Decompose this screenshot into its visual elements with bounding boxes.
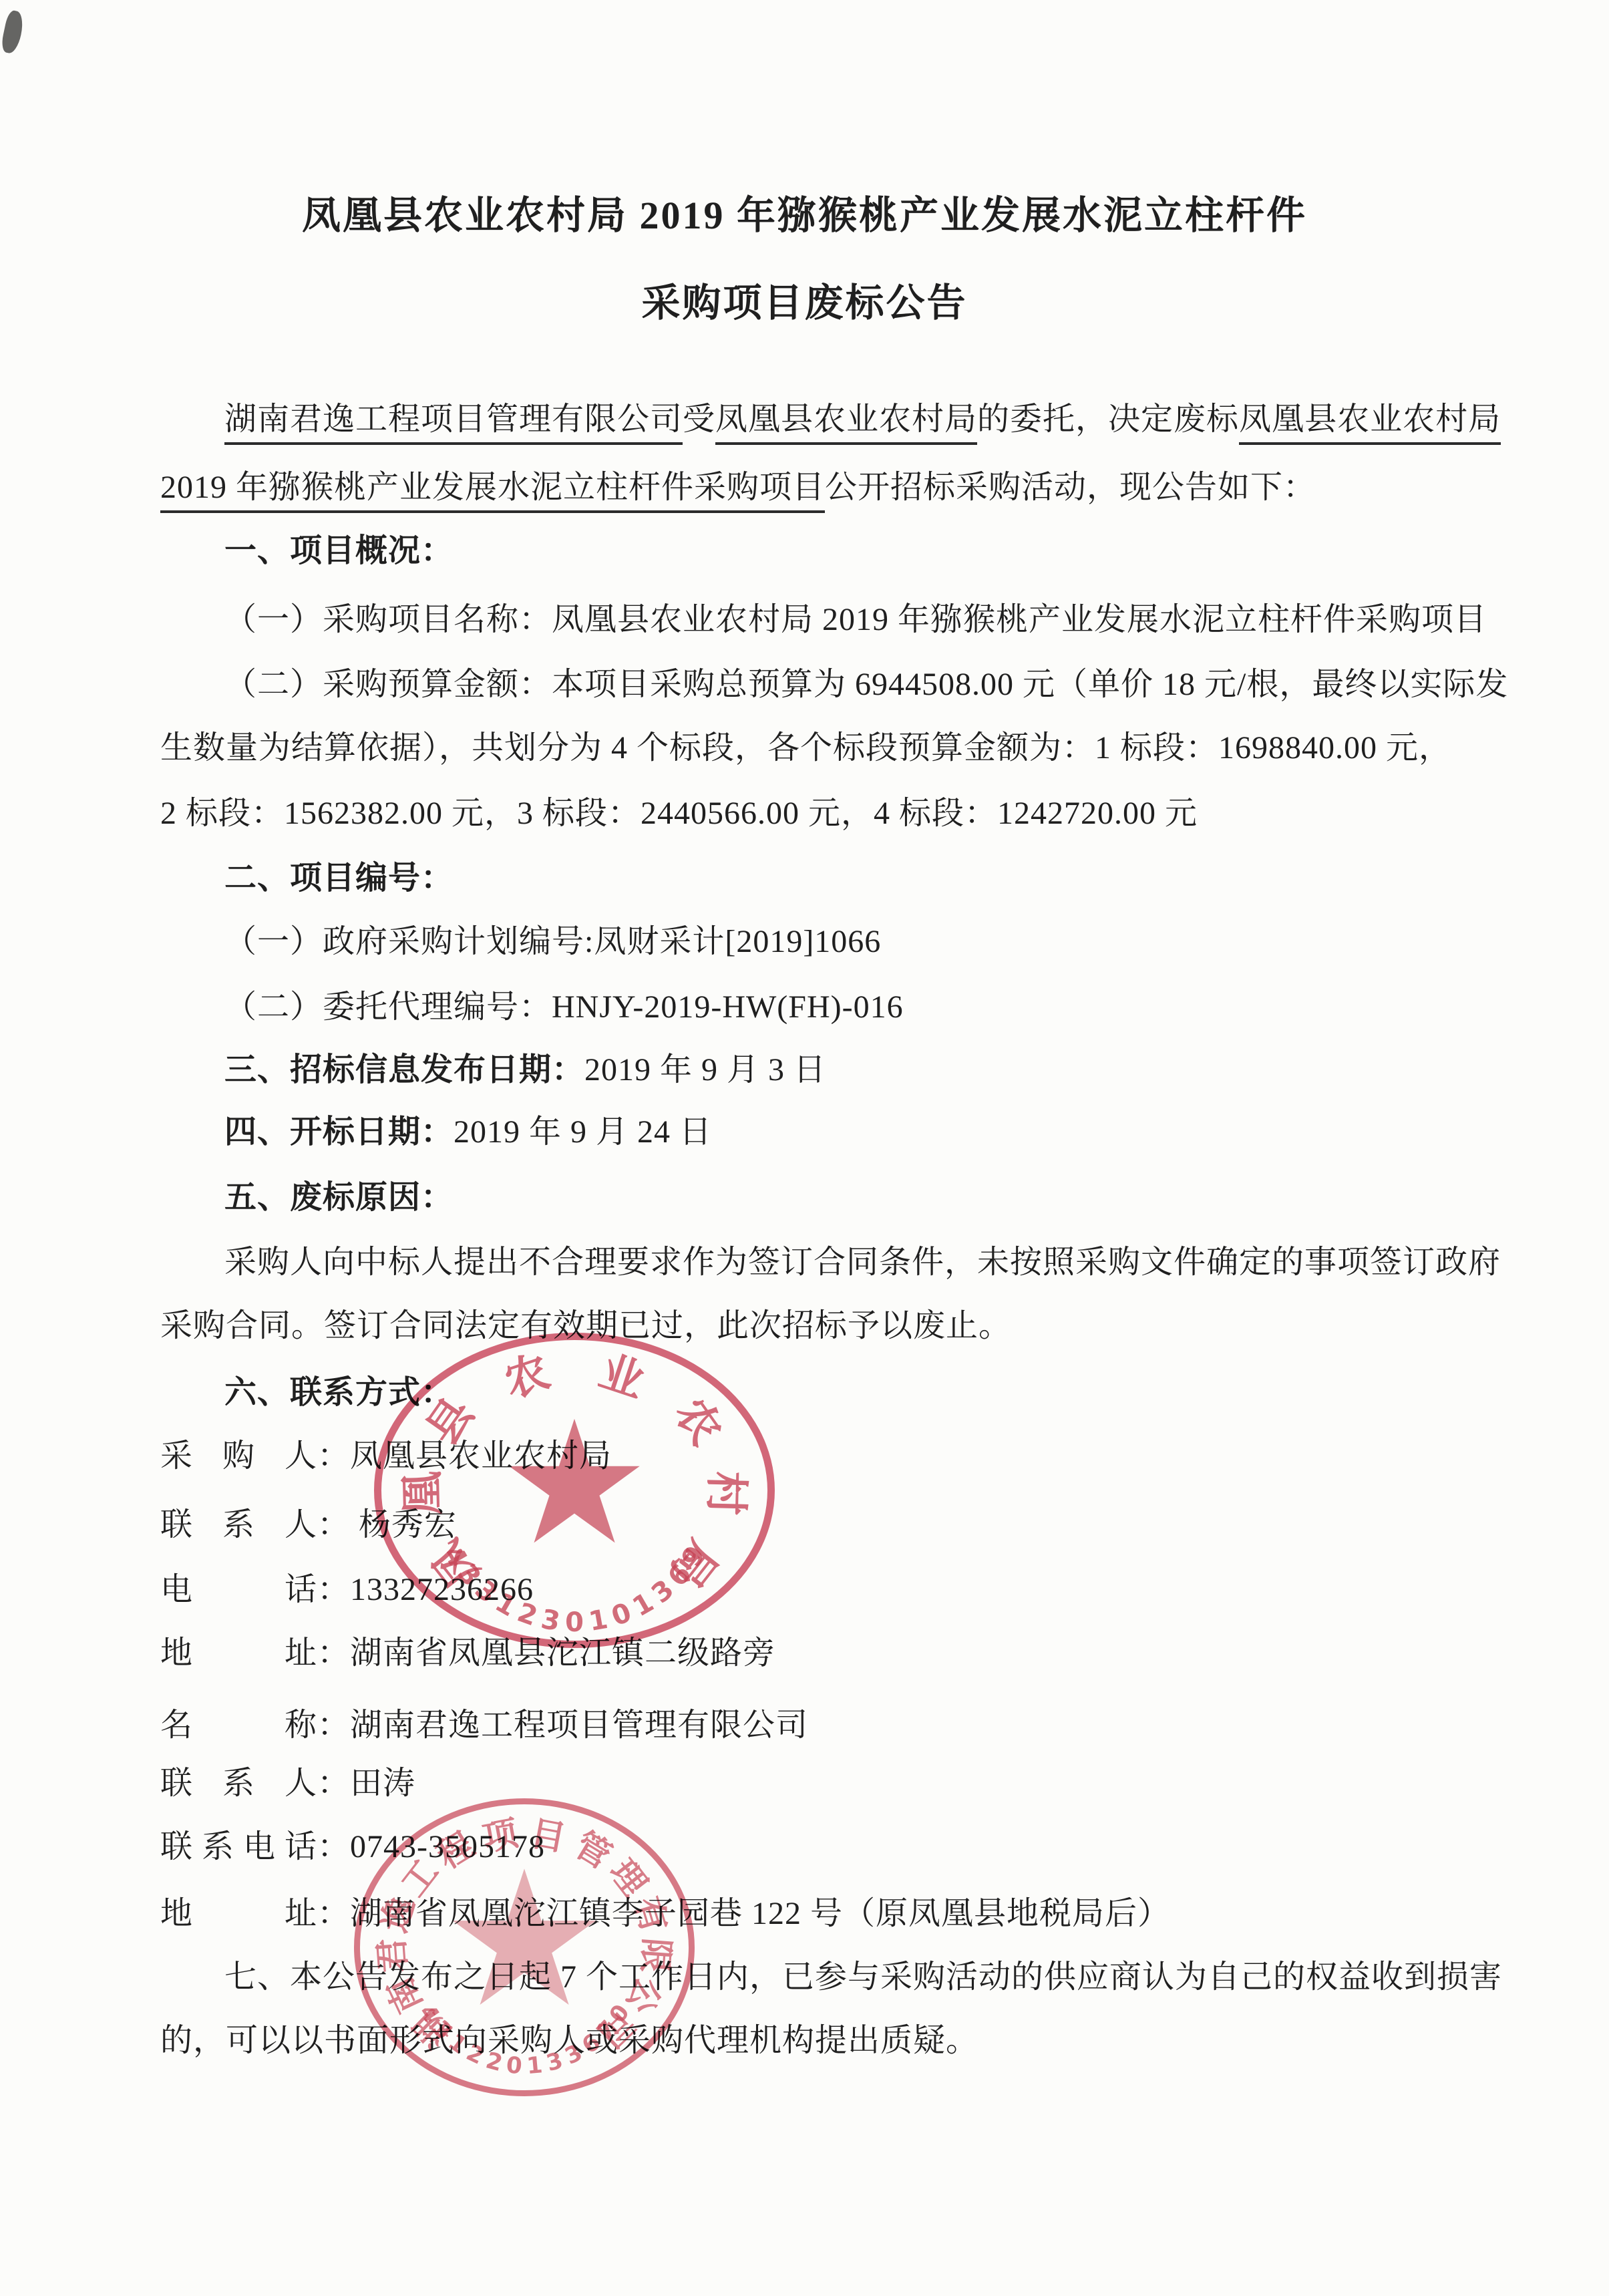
section5-line2: 采购合同。签订合同法定有效期已过，此次招标予以废止。 <box>160 1306 1011 1346</box>
contact-value: 湖南省凤凰沱江镇李子园巷 122 号（原凤凰县地税局后） <box>350 1896 1170 1931</box>
section7-line2: 的，可以以书面形式向采购人或采购代理机构提出质疑。 <box>160 2021 978 2061</box>
intro-line2: 2019 年猕猴桃产业发展水泥立柱杆件采购项目公开招标采购活动，现公告如下： <box>160 468 1316 508</box>
intro-text: 的委托，决定废标 <box>977 401 1239 437</box>
contact-row-purchaser: 采购人：凤凰县农业农村局 <box>160 1436 612 1476</box>
section4-heading: 四、开标日期： <box>224 1114 454 1150</box>
purchaser-name-underlined: 凤凰县农业农村局 <box>715 401 977 445</box>
contact-label: 名称 <box>160 1705 317 1746</box>
contact-value: 杨秀宏 <box>350 1507 457 1542</box>
contact-label: 地址 <box>160 1894 317 1934</box>
section2-item2: （二）委托代理编号：HNJY-2019-HW(FH)-016 <box>224 987 904 1027</box>
contact-row-address: 地址：湖南省凤凰县沱江镇二级路旁 <box>160 1633 775 1673</box>
section6-heading: 六、联系方式： <box>224 1373 454 1413</box>
contact-value: 湖南省凤凰县沱江镇二级路旁 <box>350 1635 775 1671</box>
contact-row-agency-address: 地址：湖南省凤凰沱江镇李子园巷 122 号（原凤凰县地税局后） <box>160 1894 1170 1934</box>
colon: ： <box>317 1572 350 1607</box>
contact-label: 联系电话 <box>160 1827 317 1867</box>
section1-item2-line2: 生数量为结算依据），共划分为 4 个标段，各个标段预算金额为：1 标段：1698… <box>160 728 1451 768</box>
document-title-line2: 采购项目废标公告 <box>0 279 1609 327</box>
scan-smudge-artifact <box>0 9 25 55</box>
intro-text: 公开招标采购活动，现公告如下： <box>825 470 1316 505</box>
contact-row-agency-name: 名称：湖南君逸工程项目管理有限公司 <box>160 1705 808 1746</box>
section1-item2-line3: 2 标段：1562382.00 元，3 标段：2440566.00 元，4 标段… <box>160 794 1198 834</box>
section4-line: 四、开标日期：2019 年 9 月 24 日 <box>224 1112 712 1152</box>
scanned-document-page: 凤凰县农业农村局 2019 年猕猴桃产业发展水泥立柱杆件 采购项目废标公告 湖南… <box>0 0 1609 2296</box>
document-title-line1: 凤凰县农业农村局 2019 年猕猴桃产业发展水泥立柱杆件 <box>0 192 1609 240</box>
section3-line: 三、招标信息发布日期：2019 年 9 月 3 日 <box>224 1050 826 1090</box>
contact-row-phone: 电话：13327236266 <box>160 1570 534 1610</box>
contact-row-agency-phone: 联系电话：0743-3505178 <box>160 1827 545 1867</box>
intro-line1: 湖南君逸工程项目管理有限公司受凤凰县农业农村局的委托，决定废标凤凰县农业农村局 <box>224 399 1501 440</box>
contact-label: 联系人 <box>160 1505 317 1545</box>
contact-label: 地址 <box>160 1633 317 1673</box>
intro-text: 受 <box>683 401 715 437</box>
colon: ： <box>317 1507 350 1542</box>
contact-label: 电话 <box>160 1570 317 1610</box>
project-name-underlined: 2019 年猕猴桃产业发展水泥立柱杆件采购项目 <box>160 470 825 513</box>
section7-line1: 七、本公告发布之日起 7 个工作日内，已参与采购活动的供应商认为自己的权益收到损… <box>224 1957 1502 1997</box>
section5-line1: 采购人向中标人提出不合理要求作为签订合同条件，未按照采购文件确定的事项签订政府 <box>224 1243 1501 1283</box>
seal-star-icon: ★ <box>440 1846 608 2033</box>
section1-item1: （一）采购项目名称：凤凰县农业农村局 2019 年猕猴桃产业发展水泥立柱杆件采购… <box>224 600 1487 640</box>
colon: ： <box>317 1829 350 1864</box>
contact-row-agency-person: 联系人：田涛 <box>160 1764 415 1804</box>
section5-heading: 五、废标原因： <box>224 1178 454 1218</box>
colon: ： <box>317 1635 350 1671</box>
contact-value: 湖南君逸工程项目管理有限公司 <box>350 1707 808 1743</box>
contact-row-contact-person: 联系人： 杨秀宏 <box>160 1505 457 1545</box>
section2-item1: （一）政府采购计划编号:凤财采计[2019]1066 <box>224 922 881 962</box>
contact-value: 13327236266 <box>350 1572 534 1607</box>
contact-label: 采购人 <box>160 1436 317 1476</box>
colon: ： <box>317 1707 350 1743</box>
agency-name-underlined: 湖南君逸工程项目管理有限公司 <box>224 401 683 445</box>
section1-item2-line1: （二）采购预算金额：本项目采购总预算为 6944508.00 元（单价 18 元… <box>224 665 1508 705</box>
section2-heading: 二、项目编号： <box>224 858 454 898</box>
contact-value: 田涛 <box>350 1766 415 1801</box>
colon: ： <box>317 1766 350 1801</box>
colon: ： <box>317 1438 350 1474</box>
purchaser-name-underlined: 凤凰县农业农村局 <box>1239 401 1501 445</box>
section3-heading: 三、招标信息发布日期： <box>224 1052 584 1088</box>
contact-value: 0743-3505178 <box>350 1829 545 1864</box>
section1-heading: 一、项目概况： <box>224 531 454 571</box>
seal-star-icon: ★ <box>498 1398 651 1569</box>
section3-value: 2019 年 9 月 3 日 <box>584 1052 826 1088</box>
contact-label: 联系人 <box>160 1764 317 1804</box>
colon: ： <box>317 1896 350 1931</box>
contact-value: 凤凰县农业农村局 <box>350 1438 612 1474</box>
section4-value: 2019 年 9 月 24 日 <box>454 1114 712 1150</box>
